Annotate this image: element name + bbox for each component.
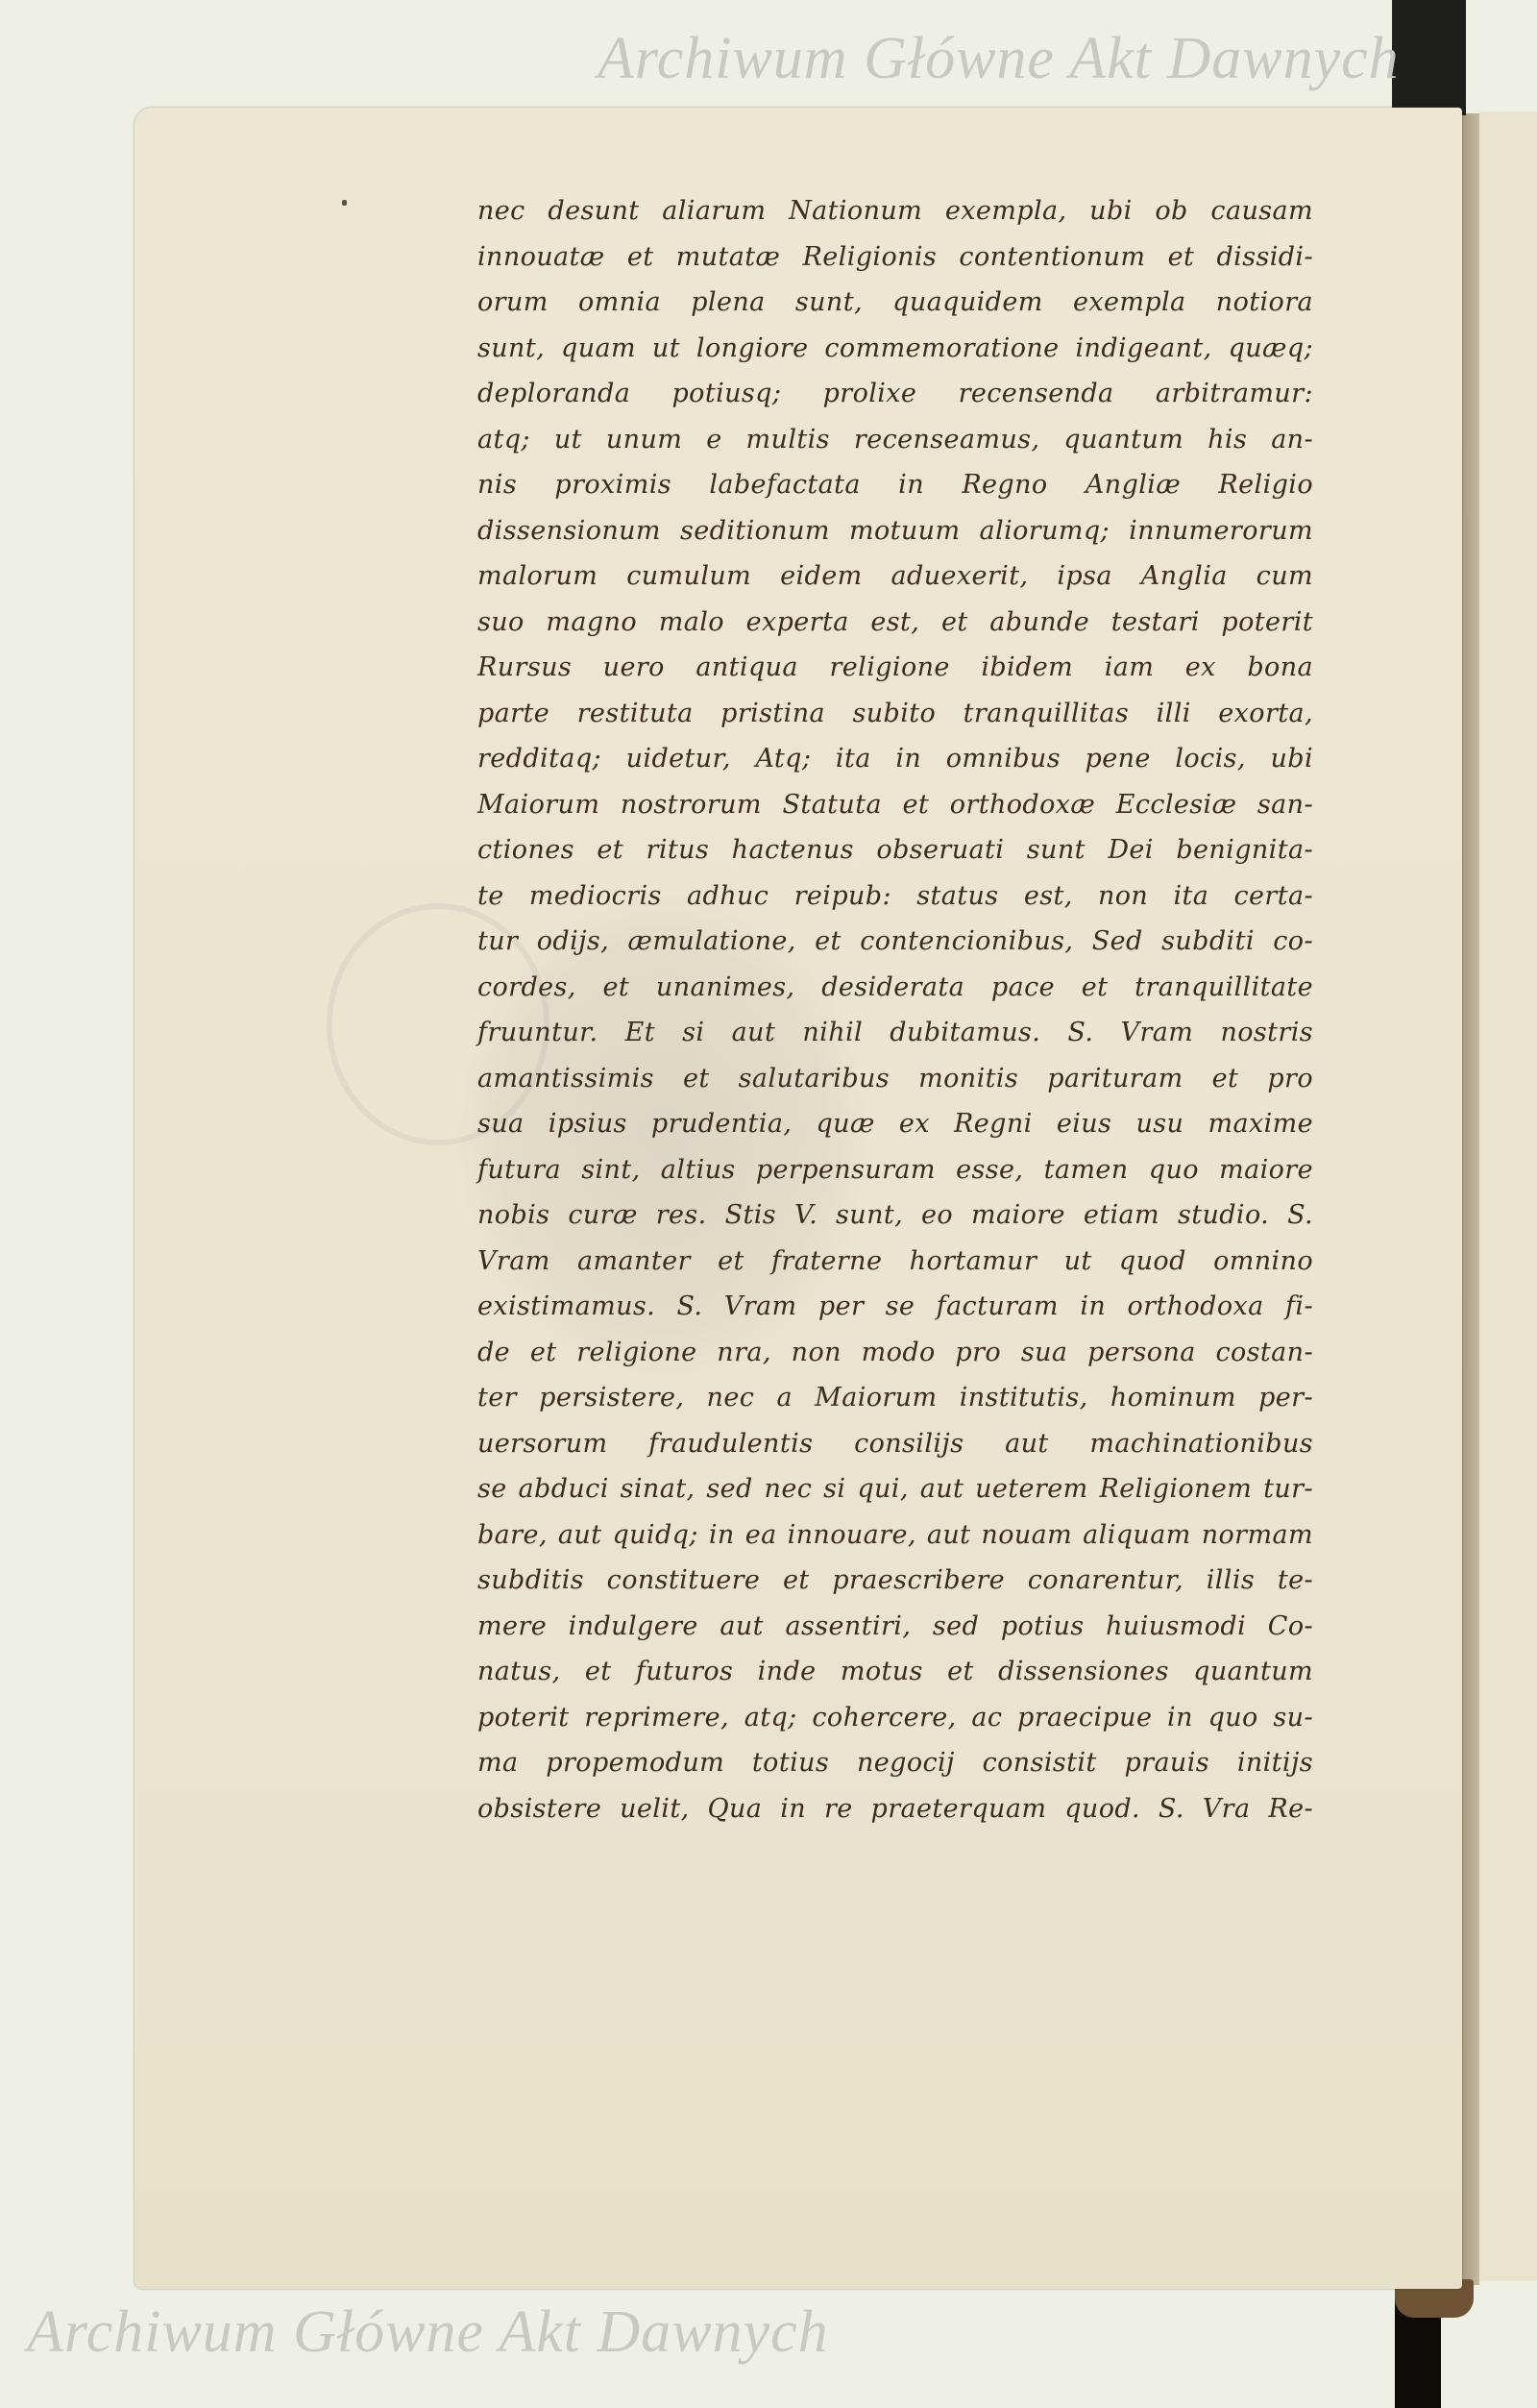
text-line: orum omnia plena sunt, quaquidem exempla… xyxy=(477,280,1313,326)
text-line: obsistere uelit, Qua in re praeterquam q… xyxy=(477,1786,1313,1832)
text-line: existimamus. S. Vram per se facturam in … xyxy=(477,1284,1313,1330)
text-line: parte restituta pristina subito tranquil… xyxy=(477,691,1313,737)
adjacent-page-edge xyxy=(1479,111,1537,2281)
page-gutter-shadow xyxy=(1462,113,1479,2285)
watermark-top: Archiwum Główne Akt Dawnych xyxy=(598,25,1400,93)
watermark-bottom: Archiwum Główne Akt Dawnych xyxy=(27,2298,829,2367)
text-line: Maiorum nostrorum Statuta et orthodoxæ E… xyxy=(477,782,1313,828)
text-line: te mediocris adhuc reipub: status est, n… xyxy=(477,873,1313,920)
text-line: amantissimis et salutaribus monitis pari… xyxy=(477,1056,1313,1102)
text-line: de et religione nra, non modo pro sua pe… xyxy=(477,1330,1313,1376)
text-line: bare, aut quidq; in ea innouare, aut nou… xyxy=(477,1512,1313,1559)
margin-ink-mark xyxy=(342,200,347,206)
text-line: cordes, et unanimes, desiderata pace et … xyxy=(477,965,1313,1011)
text-line: poterit reprimere, atq; cohercere, ac pr… xyxy=(477,1695,1313,1741)
text-line: innouatæ et mutatæ Religionis contention… xyxy=(477,234,1313,281)
text-line: redditaq; uidetur, Atq; ita in omnibus p… xyxy=(477,736,1313,782)
text-line: sunt, quam ut longiore commemoratione in… xyxy=(477,326,1313,372)
text-line: ma propemodum totius negocij consistit p… xyxy=(477,1740,1313,1786)
binding-strip-top xyxy=(1392,0,1466,115)
text-line: nec desunt aliarum Nationum exempla, ubi… xyxy=(477,188,1313,234)
text-line: deploranda potiusq; prolixe recensenda a… xyxy=(477,371,1313,417)
text-line: uersorum fraudulentis consilijs aut mach… xyxy=(477,1421,1313,1467)
text-line: malorum cumulum eidem aduexerit, ipsa An… xyxy=(477,553,1313,600)
text-line: ter persistere, nec a Maiorum institutis… xyxy=(477,1375,1313,1421)
text-line: futura sint, altius perpensuram esse, ta… xyxy=(477,1147,1313,1193)
text-line: se abduci sinat, sed nec si qui, aut uet… xyxy=(477,1466,1313,1512)
text-line: atq; ut unum e multis recenseamus, quant… xyxy=(477,417,1313,463)
text-line: nis proximis labefactata in Regno Angliæ… xyxy=(477,462,1313,508)
text-line: Rursus uero antiqua religione ibidem iam… xyxy=(477,645,1313,691)
text-line: subditis constituere et praescribere con… xyxy=(477,1558,1313,1604)
text-line: tur odijs, æmulatione, et contencionibus… xyxy=(477,919,1313,965)
text-line: mere indulgere aut assentiri, sed potius… xyxy=(477,1604,1313,1650)
text-line: suo magno malo experta est, et abunde te… xyxy=(477,600,1313,646)
text-line: ctiones et ritus hactenus obseruati sunt… xyxy=(477,827,1313,873)
text-line: sua ipsius prudentia, quæ ex Regni eius … xyxy=(477,1101,1313,1147)
text-line: nobis curæ res. Stis V. sunt, eo maiore … xyxy=(477,1192,1313,1239)
text-line: Vram amanter et fraterne hortamur ut quo… xyxy=(477,1239,1313,1285)
manuscript-text: nec desunt aliarum Nationum exempla, ubi… xyxy=(477,188,1332,1831)
text-line: fruuntur. Et si aut nihil dubitamus. S. … xyxy=(477,1010,1313,1056)
text-line: natus, et futuros inde motus et dissensi… xyxy=(477,1649,1313,1695)
text-line: dissensionum seditionum motuum aliorumq;… xyxy=(477,508,1313,554)
